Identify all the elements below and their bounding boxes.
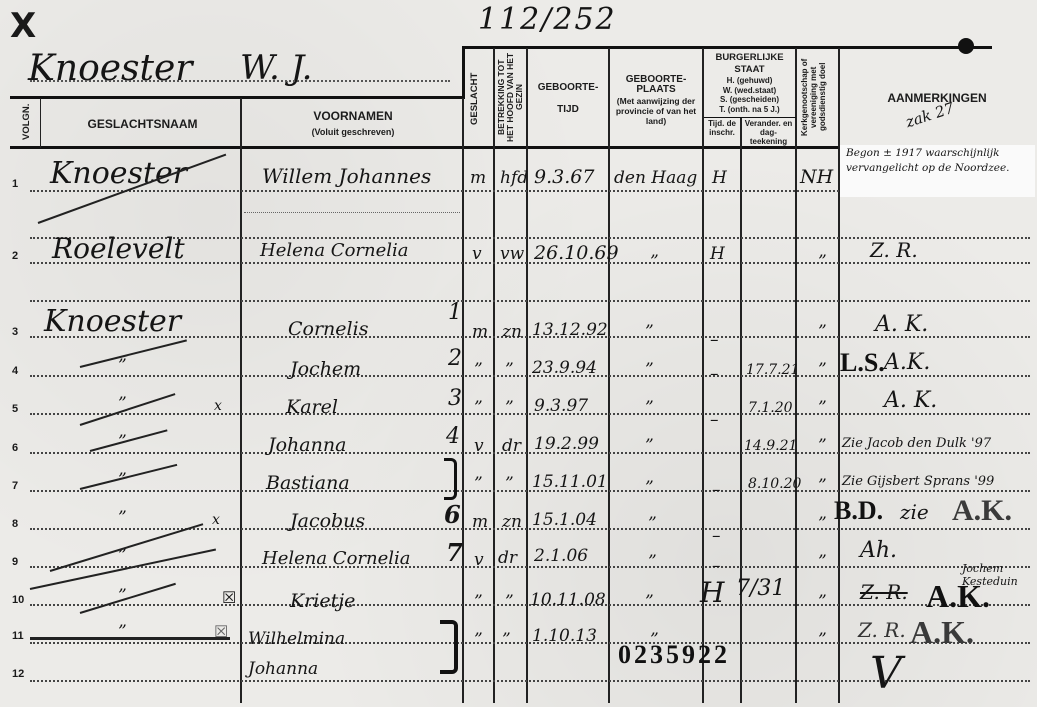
row-number: 6 <box>12 442 18 454</box>
cell-sex: v <box>472 244 482 264</box>
row-rule <box>30 413 1030 415</box>
row-rule <box>30 490 1030 492</box>
cell-given: Jochem <box>290 358 361 380</box>
cell-given: Jacobus <box>290 510 365 532</box>
cell-given: Cornelis <box>288 318 368 340</box>
cell-mark: x <box>214 398 222 414</box>
cell-sex: ” <box>474 474 483 494</box>
header-betrekking: BETREKKING TOT HET HOOFD VAN HET GEZIN <box>497 50 525 144</box>
cell-church: ” <box>818 322 827 342</box>
cell-order: 1 <box>448 300 462 325</box>
family-heading-surname: Knoester <box>28 48 193 89</box>
cell-relation: ” <box>505 398 514 418</box>
register-stamp-number: 0235922 <box>618 640 730 670</box>
row-number: 12 <box>12 668 24 680</box>
cell-church: ” <box>818 592 827 612</box>
cell-surname: Knoester <box>50 156 187 191</box>
strike-line <box>80 583 176 614</box>
row-rule <box>30 300 1030 302</box>
header-voornamen: VOORNAMEN <box>244 110 462 122</box>
heading-dotted-line <box>30 80 450 82</box>
col-divider-surname <box>240 98 242 703</box>
header-geboortetijd-2: TIJD <box>528 104 608 116</box>
stamp-ak: A.K. <box>952 494 1012 528</box>
cell-remarks: Z. R. <box>870 238 918 262</box>
cell-church: ” <box>818 398 827 418</box>
row-number: 5 <box>12 403 18 415</box>
row-rule <box>30 452 1030 454</box>
cell-sex: ” <box>474 630 483 650</box>
header-bs-codes: H. (gehuwd) W. (wed.staat) S. (gescheide… <box>704 76 795 114</box>
cell-sex: m <box>470 168 486 188</box>
cell-relation: dr <box>502 436 521 456</box>
cell-remarks: Zie Gijsbert Sprans '99 <box>842 474 994 489</box>
cell-remarks: A.K. <box>884 350 930 375</box>
sibling-bracket <box>440 620 458 674</box>
cell-surname: ” <box>118 586 127 606</box>
cell-birth-place: ” <box>645 478 654 498</box>
cell-order: 7 <box>446 538 463 567</box>
header-bs-tijd: Tijd. de inschr. <box>704 119 740 137</box>
cell-sex: v <box>474 436 484 456</box>
cell-bs-tijd: – <box>712 526 721 546</box>
cell-birth-date: 15.11.01 <box>532 472 608 492</box>
cell-church: ” <box>818 514 827 534</box>
cell-bs-tijd: H <box>700 576 724 609</box>
cell-given: Willem Johannes <box>262 164 431 188</box>
cell-relation: vw <box>500 244 524 264</box>
cell-birth-date: 10.11.08 <box>530 590 606 610</box>
cell-sex: ” <box>474 360 483 380</box>
cell-remarks-zr: Z. R. <box>860 580 908 604</box>
cell-birth-place: ” <box>645 436 654 456</box>
cell-sex: ” <box>474 398 483 418</box>
header-geslachtsnaam: GESLACHTSNAAM <box>45 118 240 130</box>
col-divider-bs-tijd <box>740 118 742 703</box>
header-burgerlijke-staat: BURGERLIJKE STAAT <box>704 52 795 76</box>
cell-birth-place: ” <box>648 552 657 572</box>
cell-remarks: Ah. <box>860 538 897 563</box>
cell-sex: m <box>472 512 488 532</box>
row-subrule <box>244 212 460 213</box>
cell-relation: zn <box>502 322 522 342</box>
cell-order: 4 <box>446 424 460 449</box>
cell-given: Helena Cornelia <box>262 548 411 569</box>
row-rule <box>30 566 1030 568</box>
reference-number: 112/252 <box>478 2 617 37</box>
cell-bs-tijd: H <box>710 244 725 264</box>
cell-given: Bastiana <box>266 472 350 494</box>
bs-code-h: H. (gehuwd) <box>704 76 795 86</box>
cell-church: ” <box>818 436 827 456</box>
cell-relation: dr <box>498 548 517 568</box>
cell-bs-tijd: – <box>712 480 721 500</box>
strike-line <box>80 464 178 490</box>
cell-church: ” <box>818 552 827 572</box>
cell-bs-change: 14.9.21 <box>744 438 797 454</box>
cell-birth-date: 9.3.97 <box>534 396 588 416</box>
cell-bs-tijd: H <box>712 168 727 188</box>
cell-surname: ” <box>118 356 127 376</box>
stamp-jochem-note: Jochem Kesteduin <box>962 562 1032 588</box>
stamp-zie: zie <box>900 500 929 524</box>
cell-birth-date: 26.10.69 <box>534 242 619 264</box>
cell-birth-place: den Haag <box>614 168 697 188</box>
row-rule <box>30 642 1030 644</box>
cell-given: Karel <box>286 396 338 418</box>
frame-left-top-line <box>10 96 465 99</box>
header-geboorteplaats-2: PLAATS <box>610 84 702 96</box>
header-volgn: VOLGN. <box>22 100 36 144</box>
registration-card: X 112/252 Knoester W. J. VOLGN. GESLACHT… <box>0 0 1037 707</box>
stamp-ls: L.S. <box>840 348 885 378</box>
cell-remarks: A. K. <box>884 388 937 413</box>
header-bs-verander: Verander. en dag-teekening <box>742 119 795 146</box>
cell-remarks-zr: Z. R. <box>858 618 906 642</box>
cell-birth-date: 15.1.04 <box>532 510 597 530</box>
cell-birth-place: ” <box>645 592 654 612</box>
cell-church: ” <box>818 252 827 272</box>
cell-birth-date: 2.1.06 <box>534 546 588 566</box>
cell-church: ” <box>818 476 827 496</box>
stamp-bd: B.D. <box>834 496 883 526</box>
checkmark-v: V <box>870 648 902 699</box>
row-number: 10 <box>12 594 24 606</box>
header-geboortetijd-1: GEBOORTE- <box>528 82 608 94</box>
strike-line <box>30 637 230 640</box>
cell-church: ” <box>818 360 827 380</box>
frame-step-line <box>462 46 465 98</box>
cell-birth-place: ” <box>650 252 659 272</box>
cell-bs-change: 17.7.21 <box>746 362 799 378</box>
cell-surname: Knoester <box>44 304 181 339</box>
bs-code-s: S. (gescheiden) <box>704 95 795 105</box>
cell-birth-place: ” <box>645 360 654 380</box>
row-number: 4 <box>12 365 18 377</box>
frame-top-line <box>462 46 992 49</box>
strike-line <box>90 429 168 452</box>
cell-given: Johanna <box>268 434 346 456</box>
cell-surname: ” <box>118 508 127 528</box>
cell-order: 2 <box>448 346 462 371</box>
header-geslacht: GESLACHT <box>470 55 490 143</box>
cell-order: 6 <box>444 500 461 529</box>
cell-church: ” <box>818 630 827 650</box>
cell-birth-place: ” <box>645 322 654 342</box>
cell-surname: Roelevelt <box>52 232 185 265</box>
col-divider-volgn <box>40 98 41 148</box>
cell-relation: hfd <box>500 168 528 188</box>
cell-relation: ” <box>505 474 514 494</box>
cell-bs-tijd: – <box>710 330 719 350</box>
cell-birth-date: 1.10.13 <box>532 626 597 646</box>
cell-remarks: Begon ± 1917 waarschijnlijk vervangelich… <box>846 146 1032 176</box>
bs-code-t: T. (onth. na 5 J.) <box>704 105 795 115</box>
cell-given: Helena Cornelia <box>260 240 409 261</box>
cell-given: Wilhelmina Johanna <box>248 624 418 684</box>
cell-relation: ” <box>502 630 511 650</box>
strike-line <box>80 339 187 368</box>
sibling-bracket <box>444 458 457 500</box>
bs-subheader-line <box>704 117 796 118</box>
bs-code-w: W. (wed.staat) <box>704 86 795 96</box>
row-number: 2 <box>12 250 18 262</box>
cell-bs-change: 8.10.20 <box>748 476 801 492</box>
cell-bs-change: 7.1.20 <box>748 400 793 416</box>
cell-remarks: Zie Jacob den Dulk '97 <box>842 436 991 451</box>
cell-bs-tijd: – <box>710 364 719 384</box>
cell-birth-date: 13.12.92 <box>532 320 608 340</box>
header-voornamen-sub: (Voluit geschreven) <box>244 126 462 138</box>
cell-mark: ☒ <box>222 588 236 608</box>
cell-relation: zn <box>502 512 522 532</box>
cell-bs-change: 7/31 <box>736 576 785 601</box>
corner-cross-mark: X <box>10 6 36 46</box>
row-number: 1 <box>12 178 18 190</box>
cell-relation: ” <box>505 360 514 380</box>
cell-birth-place: ” <box>648 514 657 534</box>
cell-relation: ” <box>505 592 514 612</box>
row-number: 7 <box>12 480 18 492</box>
cell-bs-tijd: – <box>712 556 721 576</box>
cell-mark: x <box>212 512 220 528</box>
cell-given: Krietje <box>290 590 355 612</box>
header-kerkgenootschap: Kerkgenootschap of vereeniging met godsd… <box>800 50 834 144</box>
cell-order: 3 <box>448 386 462 411</box>
cell-church: NH <box>800 166 833 188</box>
stamp-ak-row11: A.K. <box>910 614 974 651</box>
strike-line <box>80 393 176 426</box>
cell-birth-date: 19.2.99 <box>534 434 599 454</box>
cell-birth-date: 23.9.94 <box>532 358 597 378</box>
header-geboorteplaats-sub: (Met aanwijzing der provincie of van het… <box>612 96 700 126</box>
cell-sex: v <box>474 550 484 570</box>
row-number: 3 <box>12 326 18 338</box>
family-heading-initials: W. J. <box>240 48 312 88</box>
cell-birth-date: 9.3.67 <box>534 166 594 188</box>
cell-sex: ” <box>474 592 483 612</box>
cell-birth-place: ” <box>645 398 654 418</box>
cell-remarks: A. K. <box>875 312 928 337</box>
cell-sex: m <box>472 322 488 342</box>
col-divider-given <box>462 98 464 703</box>
row-number: 11 <box>12 630 24 642</box>
row-number: 9 <box>12 556 18 568</box>
cell-bs-tijd: – <box>710 410 719 430</box>
row-number: 8 <box>12 518 18 530</box>
